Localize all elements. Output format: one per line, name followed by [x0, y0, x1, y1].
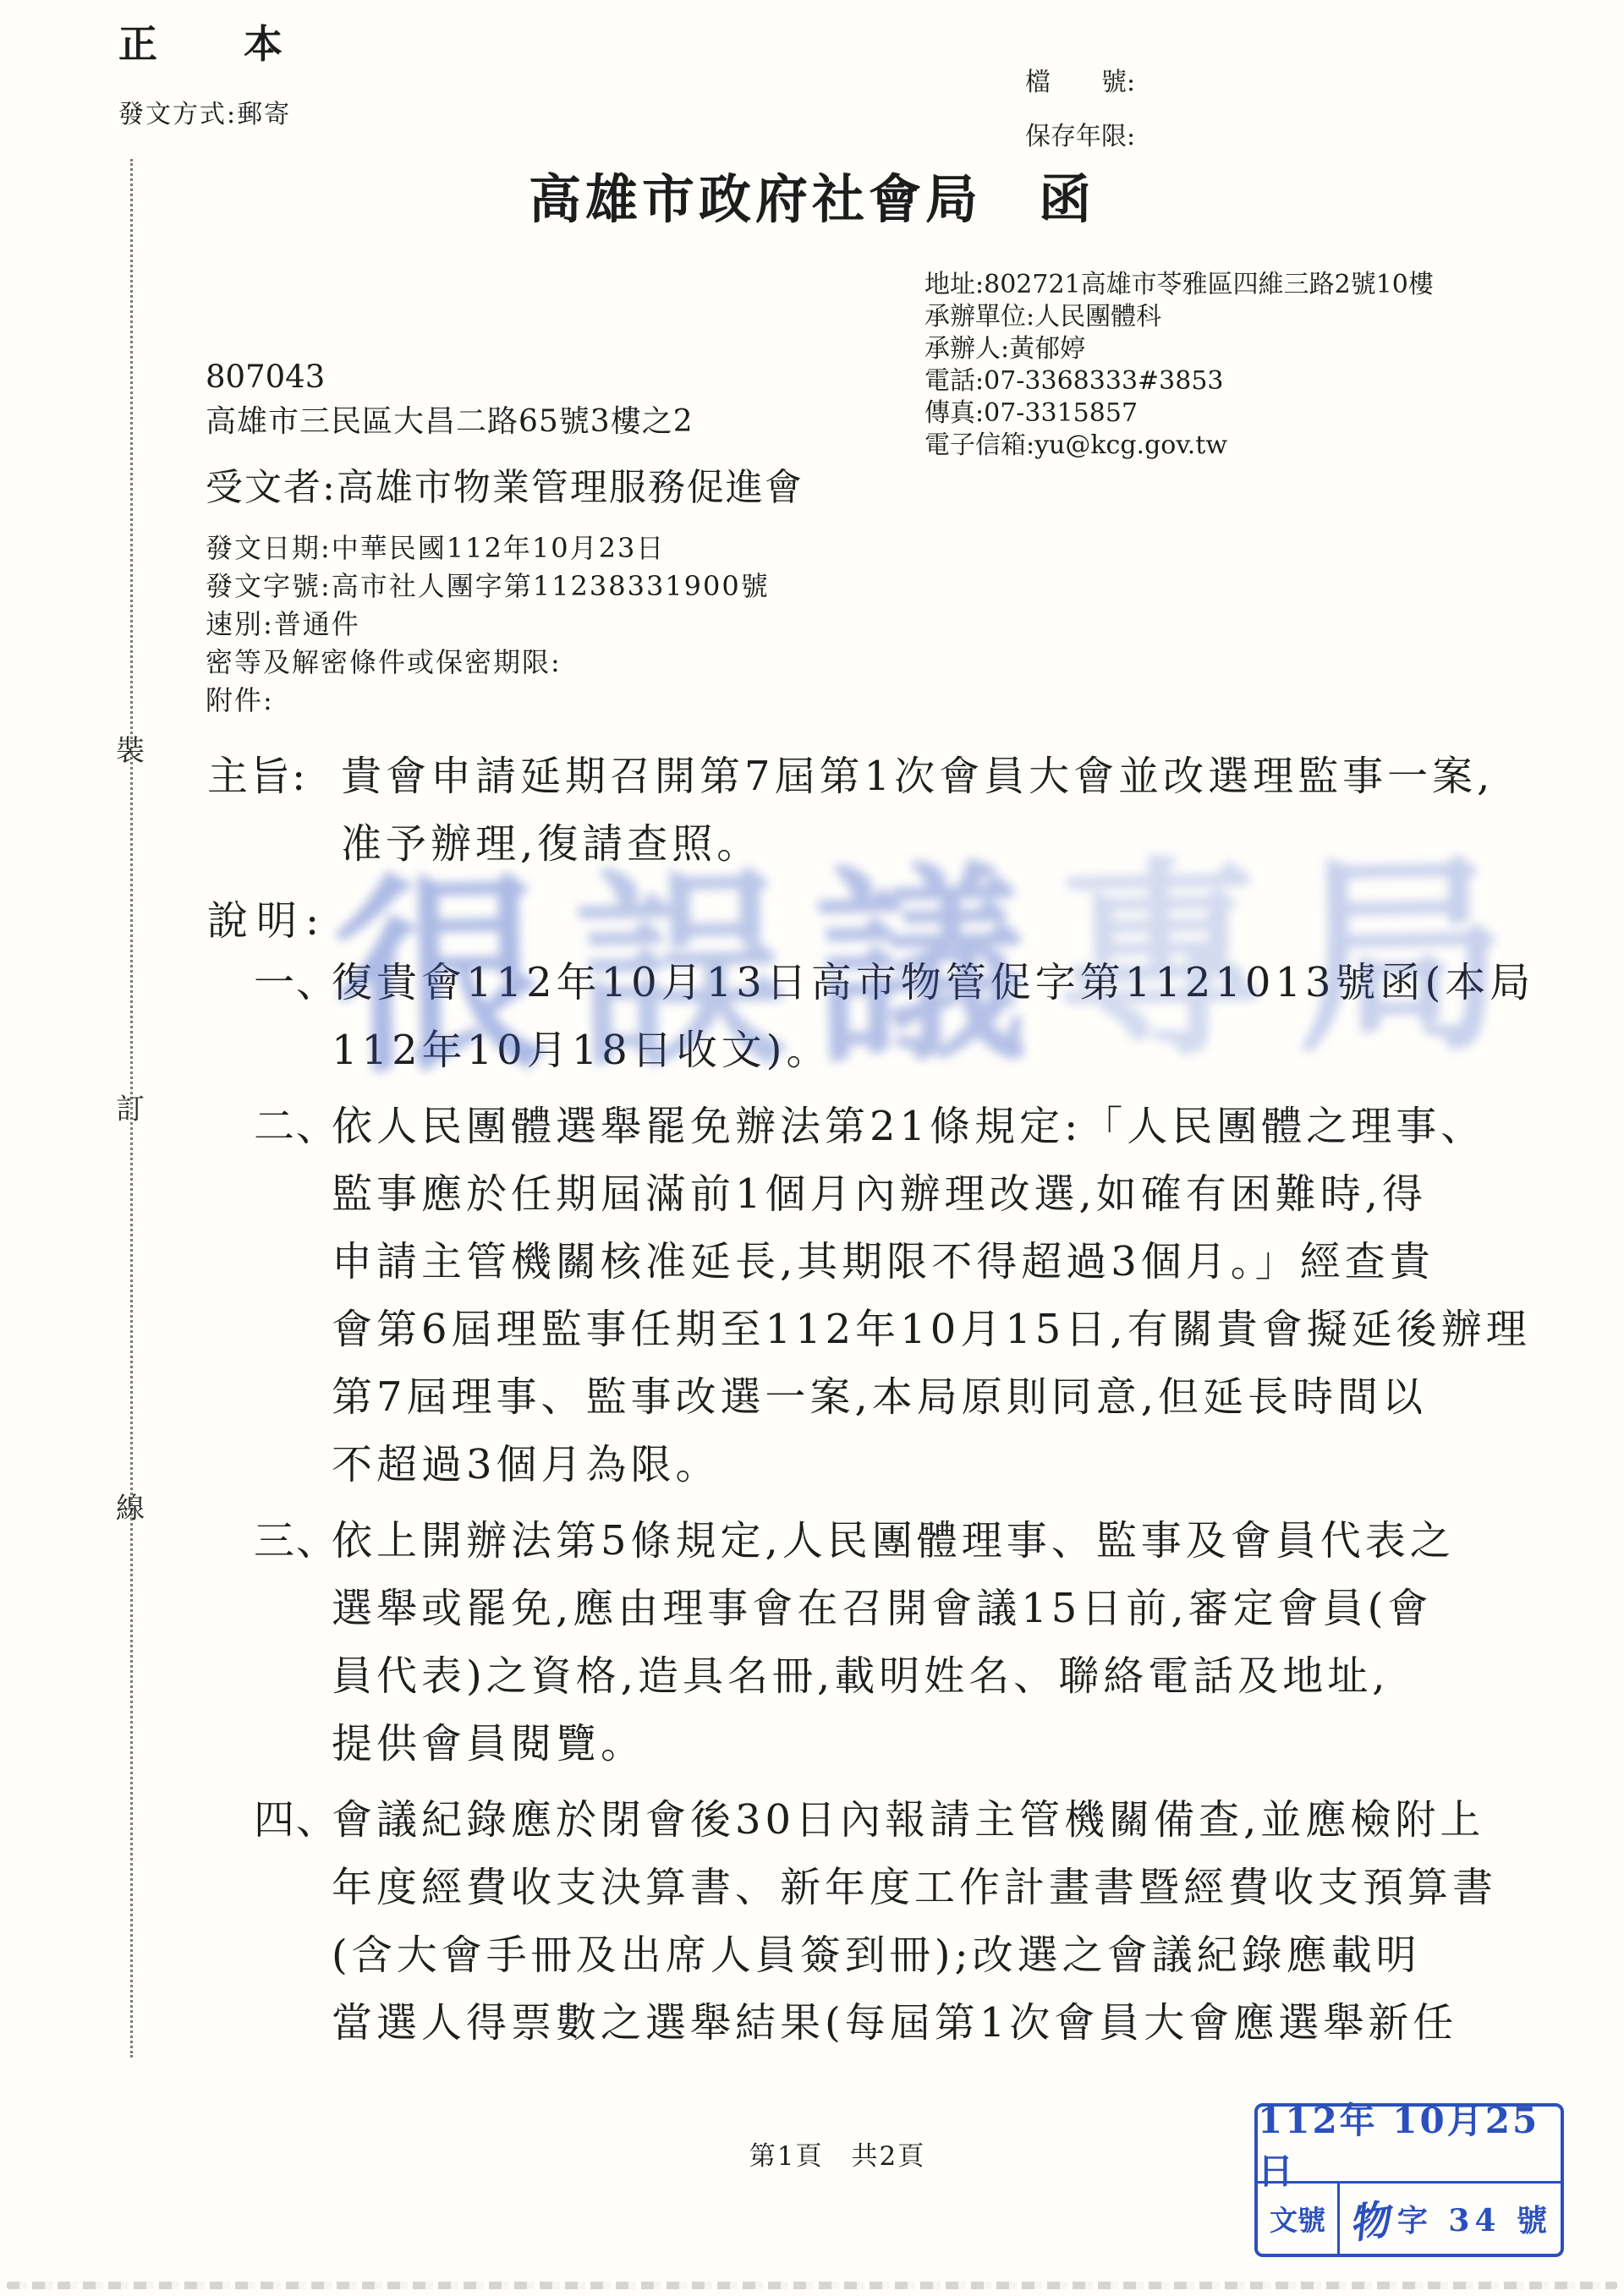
subject-text: 貴會申請延期召開第7屆第1次會員大會並改選理監事一案,准予辦理,復請查照。: [341, 743, 1494, 878]
text-line: 承辦人:黃郁婷: [924, 333, 1434, 365]
received-date-stamp: 112年 10月25日 文號 物 字 34 號: [1254, 2103, 1564, 2257]
item-text: 復貴會112年10月13日高市物管促字第1121013號函(本局112年10月1…: [332, 949, 1548, 1084]
retention-period-label: 保存年限:: [1025, 115, 1135, 152]
subject-label: 主旨:: [207, 743, 341, 878]
text-line: 承辦單位:人民團體科: [924, 301, 1434, 333]
delivery-method-label: 發文方式:郵寄: [118, 93, 291, 130]
received-stamp-docno-value: 物 字 34 號: [1340, 2184, 1561, 2254]
received-stamp-date: 112年 10月25日: [1258, 2107, 1561, 2184]
text-line: 不超過3個月為限。: [332, 1431, 1548, 1499]
explanation-item: 二、依人民團體選舉罷免辦法第21條規定:「人民團體之理事、監事應於任期屆滿前1個…: [254, 1093, 1548, 1499]
text-line: 電子信箱:yu@kcg.gov.tw: [924, 430, 1434, 462]
text-line: 申請主管機關核准延長,其期限不得超過3個月。」經查貴: [332, 1228, 1548, 1296]
text-line: 速別:普通件: [206, 606, 770, 644]
document-meta-block: 發文日期:中華民國112年10月23日發文字號:高市社人團字第112383319…: [206, 529, 770, 720]
scan-edge-artifact: [7, 2282, 1617, 2289]
text-line: 傳真:07-3315857: [924, 397, 1434, 430]
received-stamp-docno-row: 文號 物 字 34 號: [1258, 2184, 1561, 2254]
text-line: 依上開辦法第5條規定,人民團體理事、監事及會員代表之: [332, 1507, 1548, 1575]
item-text: 依人民團體選舉罷免辦法第21條規定:「人民團體之理事、監事應於任期屆滿前1個月內…: [332, 1093, 1548, 1499]
binding-margin-char: 訂: [116, 1086, 145, 1127]
text-line: 監事應於任期屆滿前1個月內辦理改選,如確有困難時,得: [332, 1160, 1548, 1228]
text-line: 年度經費收支決算書、新年度工作計畫書暨經費收支預算書: [332, 1854, 1548, 1921]
text-line: 會議紀錄應於閉會後30日內報請主管機關備查,並應檢附上: [332, 1786, 1548, 1854]
text-line: 附件:: [206, 682, 770, 720]
text-line: 貴會申請延期召開第7屆第1次會員大會並改選理監事一案,: [341, 743, 1494, 810]
explanation-item: 三、依上開辦法第5條規定,人民團體理事、監事及會員代表之選舉或罷免,應由理事會在…: [254, 1507, 1548, 1778]
text-line: 電話:07-3368333#3853: [924, 365, 1434, 397]
text-line: 發文字號:高市社人團字第11238331900號: [206, 567, 770, 606]
file-number-label: 檔 號:: [1025, 61, 1135, 98]
recipient-line: 受文者:高雄市物業管理服務促進會: [206, 457, 804, 511]
scanned-official-letter: 正 本 發文方式:郵寄 檔 號: 保存年限: 高雄市政府社會局 函 地址:802…: [0, 0, 1624, 2296]
text-line: 第7屆理事、監事改選一案,本局原則同意,但延長時間以: [332, 1363, 1548, 1431]
text-line: 地址:802721高雄市苓雅區四維三路2號10樓: [924, 269, 1434, 301]
text-line: 提供會員閱覽。: [332, 1710, 1548, 1778]
text-line: 密等及解密條件或保密期限:: [206, 644, 770, 682]
binding-margin-char: 裝: [116, 727, 145, 769]
received-stamp-handwritten-char: 物: [1344, 2187, 1392, 2250]
recipient-postal-code: 807043: [206, 359, 325, 395]
text-line: 選舉或罷免,應由理事會在召開會議15日前,審定會員(會: [332, 1575, 1548, 1642]
text-line: 員代表)之資格,造具名冊,載明姓名、聯絡電話及地址,: [332, 1642, 1548, 1710]
item-number: 三、: [254, 1507, 332, 1778]
explanation-item: 一、復貴會112年10月13日高市物管促字第1121013號函(本局112年10…: [254, 949, 1548, 1084]
text-line: 發文日期:中華民國112年10月23日: [206, 529, 770, 567]
document-title: 高雄市政府社會局 函: [0, 157, 1624, 233]
text-line: 依人民團體選舉罷免辦法第21條規定:「人民團體之理事、: [332, 1093, 1548, 1160]
explanation-items: 一、復貴會112年10月13日高市物管促字第1121013號函(本局112年10…: [254, 949, 1548, 2065]
item-number: 四、: [254, 1786, 332, 2057]
received-stamp-docno-label: 文號: [1258, 2184, 1340, 2254]
explanation-item: 四、會議紀錄應於閉會後30日內報請主管機關備查,並應檢附上年度經費收支決算書、新…: [254, 1786, 1548, 2057]
item-number: 二、: [254, 1093, 332, 1499]
text-line: 復貴會112年10月13日高市物管促字第1121013號函(本局: [332, 949, 1548, 1016]
item-text: 會議紀錄應於閉會後30日內報請主管機關備查,並應檢附上年度經費收支決算書、新年度…: [332, 1786, 1548, 2057]
received-stamp-docno-rest: 字 34 號: [1397, 2197, 1552, 2240]
text-line: 准予辦理,復請查照。: [341, 810, 1494, 878]
binding-margin-char: 線: [116, 1485, 145, 1526]
item-text: 依上開辦法第5條規定,人民團體理事、監事及會員代表之選舉或罷免,應由理事會在召開…: [332, 1507, 1548, 1778]
item-number: 一、: [254, 949, 332, 1084]
text-line: 當選人得票數之選舉結果(每屆第1次會員大會應選舉新任: [332, 1989, 1548, 2057]
text-line: 112年10月18日收文)。: [332, 1016, 1548, 1084]
copy-type-label: 正 本: [118, 14, 306, 69]
recipient-address: 高雄市三民區大昌二路65號3樓之2: [206, 397, 694, 441]
subject-section: 主旨: 貴會申請延期召開第7屆第1次會員大會並改選理監事一案,准予辦理,復請查照…: [207, 743, 1494, 878]
explanation-label: 說明:: [207, 888, 327, 946]
page-number: 第1頁 共2頁: [749, 2134, 925, 2173]
text-line: (含大會手冊及出席人員簽到冊);改選之會議紀錄應載明: [332, 1921, 1548, 1989]
agency-contact-block: 地址:802721高雄市苓雅區四維三路2號10樓承辦單位:人民團體科承辦人:黃郁…: [924, 269, 1434, 462]
text-line: 會第6屆理監事任期至112年10月15日,有關貴會擬延後辦理: [332, 1296, 1548, 1363]
